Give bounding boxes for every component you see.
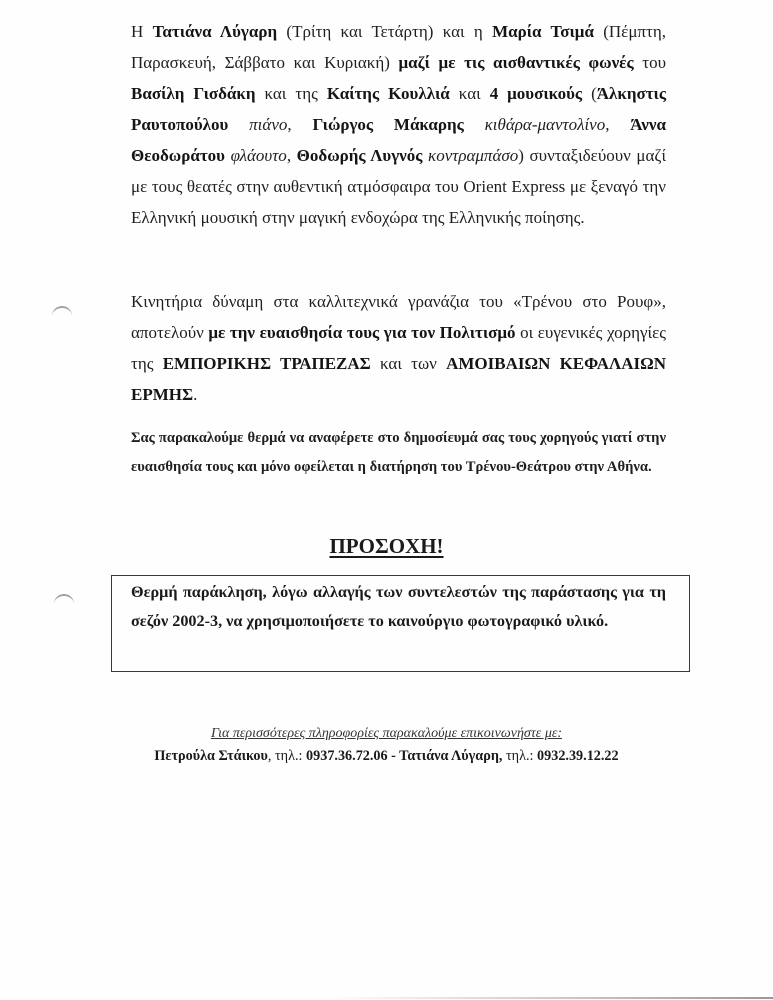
hole-punch-mark-icon: [54, 594, 74, 610]
text-run: και: [450, 84, 490, 103]
text-run: και των: [371, 354, 446, 373]
notice-title: ΠΡΟΣΟΧΗ!: [0, 534, 773, 559]
scanned-page: Η Τατιάνα Λύγαρη (Τρίτη και Τετάρτη) και…: [0, 0, 773, 1000]
bold-text: 4 μουσικούς: [490, 84, 582, 103]
contact-person-2-name: Τατιάνα Λύγαρη,: [399, 748, 502, 764]
phone-label: , τηλ.:: [268, 748, 306, 764]
contact-person-1-phone: 0937.36.72.06: [306, 748, 388, 764]
italic-text: πιάνο: [249, 115, 287, 134]
text-run: [228, 115, 249, 134]
bold-text: ΕΜΠΟΡΙΚΗΣ ΤΡΑΠΕΖΑΣ: [163, 354, 371, 373]
text-run: (: [582, 84, 597, 103]
contact-person-1-name: Πετρούλα Στάικου: [154, 748, 268, 764]
italic-text: φλάουτο: [231, 146, 287, 165]
text-run: (Τρίτη και Τετάρτη) και η: [277, 22, 492, 41]
hole-punch-mark-icon: [52, 306, 72, 322]
paragraph-sponsor-request: Σας παρακαλούμε θερμά να αναφέρετε στο δ…: [131, 424, 666, 482]
bold-text: μαζί με τις αισθαντικές φωνές: [399, 53, 634, 72]
italic-text: κιθάρα-μαντολίνο: [485, 115, 606, 134]
paragraph-performers: Η Τατιάνα Λύγαρη (Τρίτη και Τετάρτη) και…: [131, 16, 666, 233]
contact-person-2-phone: 0932.39.12.22: [537, 748, 619, 764]
text-run: Η: [131, 22, 153, 41]
contact-line: Πετρούλα Στάικου, τηλ.: 0937.36.72.06 - …: [0, 748, 773, 765]
bold-text: Θοδωρής Λυγνός: [297, 146, 423, 165]
text-run: ,: [287, 115, 312, 134]
text-run: του: [634, 53, 666, 72]
text-run: [464, 115, 485, 134]
bold-text: με την ευαισθησία τους για τον Πολιτισμό: [208, 323, 515, 342]
bold-text: Βασίλη Γισδάκη: [131, 84, 256, 103]
contact-intro: Για περισσότερες πληροφορίες παρακαλούμε…: [0, 726, 773, 742]
text-run: και της: [256, 84, 327, 103]
contact-separator: -: [388, 748, 400, 764]
paragraph-sponsors: Κινητήρια δύναμη στα καλλιτεχνικά γρανάζ…: [131, 286, 666, 410]
bold-text: Γιώργος Μάκαρης: [312, 115, 463, 134]
bold-text: Καίτης Κουλλιά: [327, 84, 450, 103]
bold-text: Τατιάνα Λύγαρη: [153, 22, 278, 41]
notice-text: Θερμή παράκληση, λόγω αλλαγής των συντελ…: [131, 578, 666, 636]
italic-text: κοντραμπάσο: [428, 146, 518, 165]
phone-label: τηλ.:: [502, 748, 537, 764]
text-run: ,: [605, 115, 630, 134]
bold-text: Μαρία Τσιμά: [492, 22, 594, 41]
text-run: ,: [287, 146, 297, 165]
text-run: .: [193, 385, 197, 404]
scan-edge-line: [330, 997, 773, 999]
